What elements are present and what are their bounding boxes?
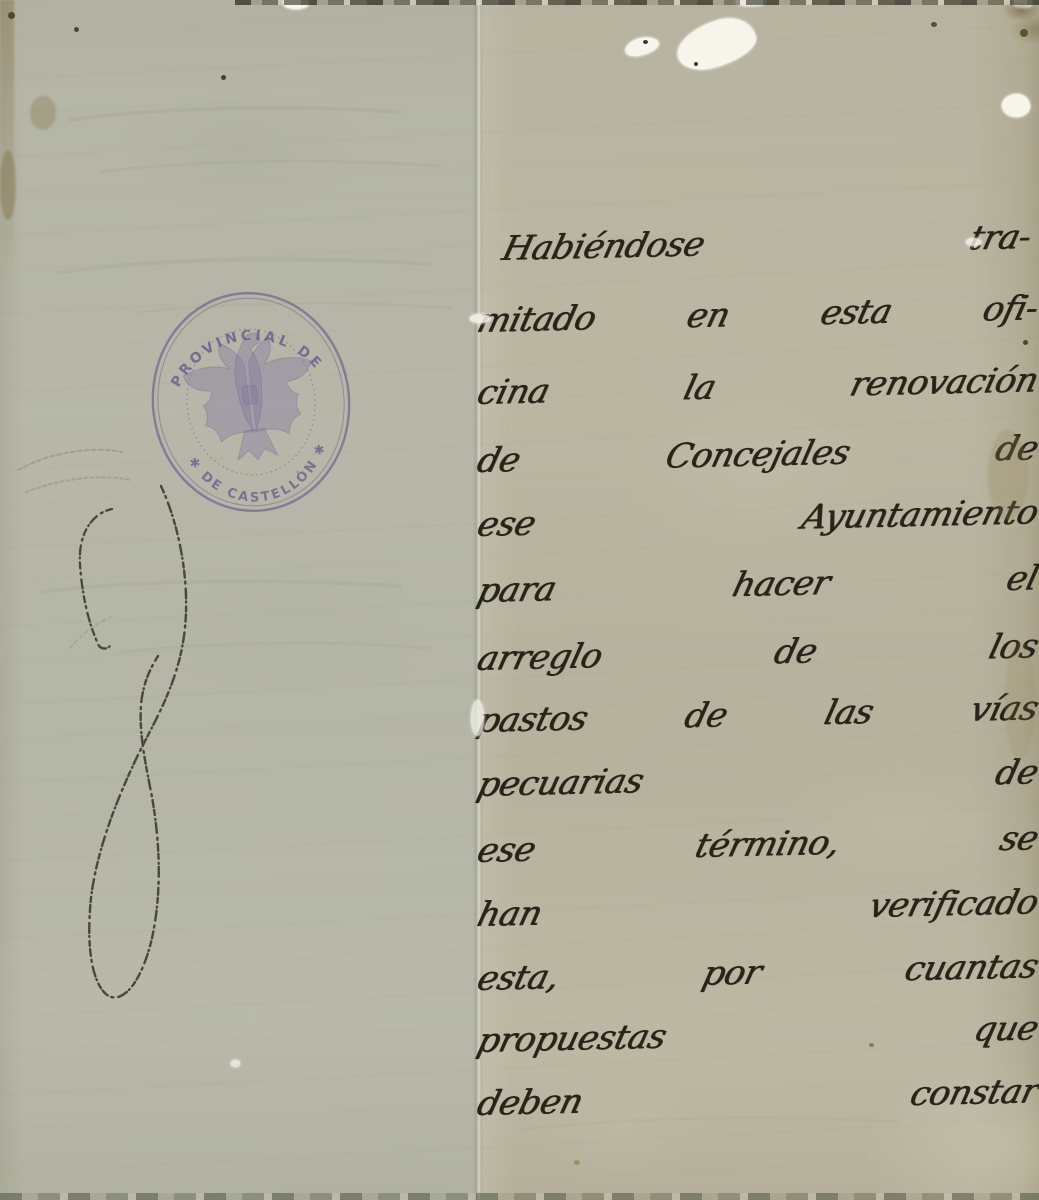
paper-left-half	[0, 0, 481, 1200]
paper-tear	[1002, 94, 1030, 117]
ink-speck	[221, 75, 226, 80]
ink-speck	[574, 1160, 580, 1165]
ink-speck	[1020, 29, 1028, 37]
ink-speck	[694, 62, 698, 66]
stain	[30, 96, 56, 130]
scan-edge-left-stain	[0, 0, 14, 280]
ink-speck	[1023, 340, 1028, 345]
paper-fleck	[966, 238, 981, 246]
crease-highlight	[470, 314, 490, 323]
crease-highlight	[471, 700, 484, 736]
stain	[1005, 640, 1035, 760]
ink-speck	[869, 1043, 874, 1047]
ink-speck	[74, 27, 79, 32]
paper-fleck	[231, 1060, 240, 1067]
stain	[988, 430, 1028, 520]
ink-speck	[931, 22, 937, 27]
scan-edge-bottom	[0, 1193, 1039, 1200]
scan-edge-top	[235, 0, 1039, 5]
ink-speck	[643, 40, 648, 44]
scanned-manuscript-page: PROVINCIAL DE ✱ DE CASTELLÓN ✱ Habiéndos…	[0, 0, 1039, 1200]
